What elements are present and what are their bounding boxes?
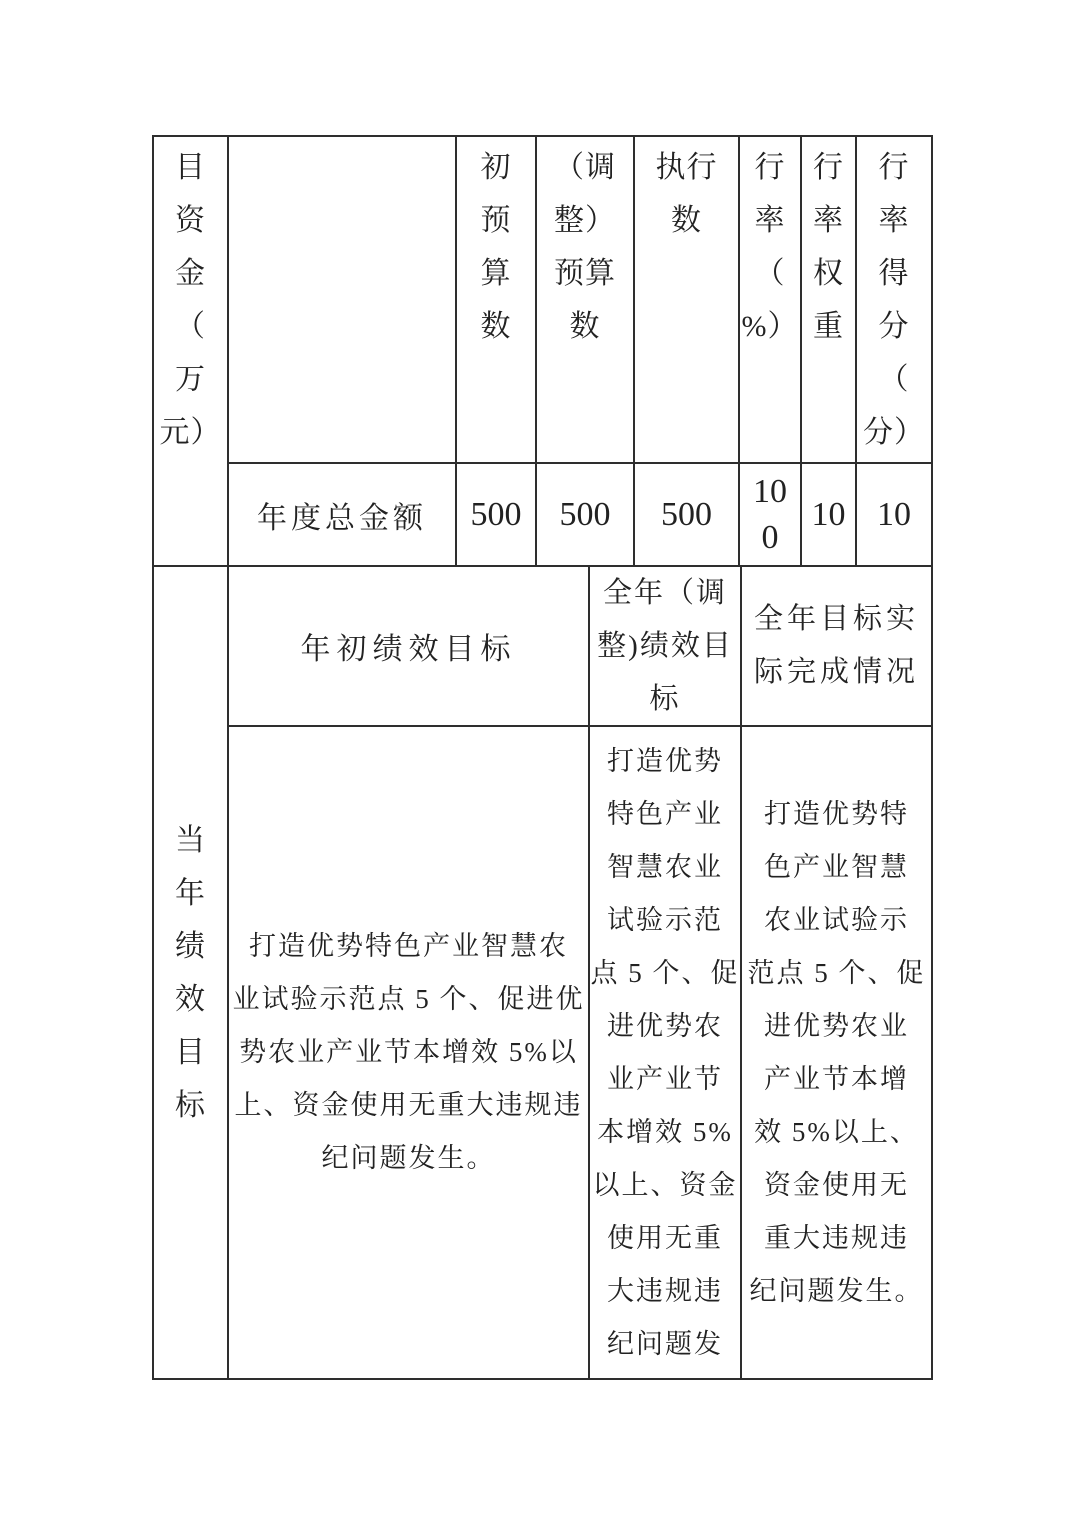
rate-weight-header-cell: 行 率 权 重 [802,137,857,464]
execution-rate-value-cell: 100 [740,464,802,567]
actual-completion-header-cell: 全年目标实 际完成情况 [742,567,933,727]
adjusted-budget-value-cell: 500 [537,464,635,567]
year-start-goal-header-cell: 年初绩效目标 [229,567,590,727]
adjusted-goal-text-cell: 打造优势 特色产业 智慧农业 试验示范 点 5 个、促 进优势农 业产业节 本增… [590,727,742,1380]
performance-table: 目 资 金 （ 万 元） 初 预 算 数 （调 整） 预算 数 执行 数 行 率… [152,135,933,1380]
execution-header-cell: 执行 数 [635,137,740,464]
project-funds-label-cell: 目 资 金 （ 万 元） [154,137,229,567]
rate-score-header-cell: 行 率 得 分 （ 分） [857,137,933,464]
rate-score-value-cell: 10 [857,464,933,567]
adjusted-goal-header-cell: 全年（调 整)绩效目 标 [590,567,742,727]
actual-completion-text-cell: 打造优势特 色产业智慧 农业试验示 范点 5 个、促 进优势农业 产业节本增 效… [742,727,933,1380]
current-year-goals-label-cell: 当 年 绩 效 目 标 [154,567,229,1380]
execution-value-cell: 500 [635,464,740,567]
annual-total-label-cell: 年度总金额 [229,464,457,567]
rate-weight-value-cell: 10 [802,464,857,567]
adjusted-budget-header-cell: （调 整） 预算 数 [537,137,635,464]
blank-header-cell [229,137,457,464]
execution-rate-value: 100 [747,469,793,561]
year-start-goal-text-cell: 打造优势特色产业智慧农 业试验示范点 5 个、促进优 势农业产业节本增效 5%以… [229,727,590,1380]
document-page: 目 资 金 （ 万 元） 初 预 算 数 （调 整） 预算 数 执行 数 行 率… [0,0,1074,1520]
initial-budget-value-cell: 500 [457,464,537,567]
execution-rate-header-cell: 行 率 （ %） [740,137,802,464]
initial-budget-header-cell: 初 预 算 数 [457,137,537,464]
